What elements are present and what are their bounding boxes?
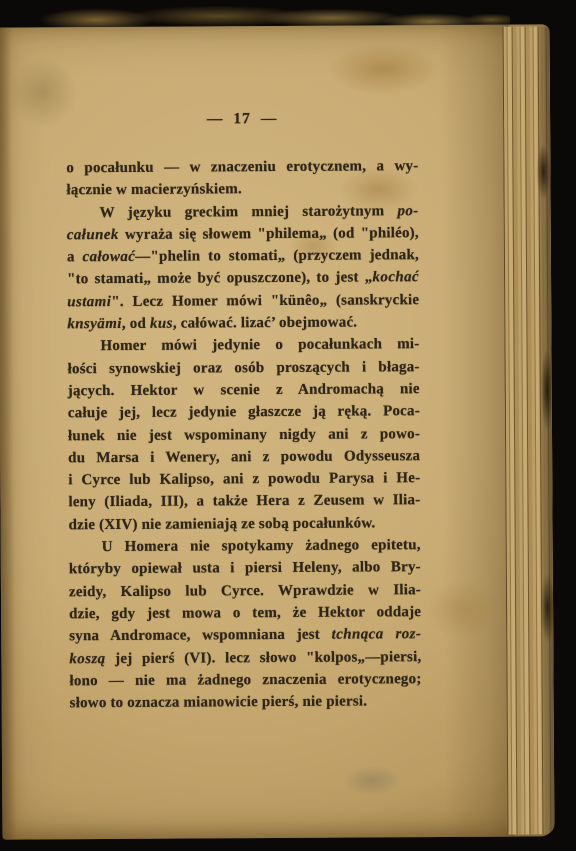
text-segment: słowo to oznacza mianowicie pierś, nie p… [70,694,368,712]
page-number-header: —17— [66,109,418,129]
text-segment: łości synowskiej oraz osób proszących i … [68,359,420,377]
text-segment: a [67,249,83,265]
text-line: "to stamati„ może być opuszczone), to je… [67,267,419,291]
text-segment: któryby opiewał usta i piersi Heleny, al… [69,559,421,577]
text-segment: łącznie w macierzyńskiem. [66,182,241,199]
text-line: łunek nie jest wspominany nigdy ani z po… [68,423,420,447]
text-line: ustami". Lecz Homer mówi "künêo„ (sanskr… [67,289,419,313]
italic-text: całunek [67,227,119,243]
italic-text: tchnąca roz- [332,626,422,643]
text-segment: i Cyrce lub Kalipso, ani z powodu Parysa… [68,470,420,488]
text-segment: leny (Iliada, III), a także Hera z Zeuse… [68,493,420,511]
text-segment: Homer mówi jedynie o pocałunkach mi- [100,336,419,354]
text-block: o pocałunku — w znaczeniu erotycznem, a … [66,155,421,715]
text-segment: zeidy, Kalipso lub Cyrce. Wprawdzie w Il… [69,582,421,600]
text-line: łości synowskiej oraz osób proszących i … [68,356,420,380]
text-line: dzie (XIV) nie zamieniają ze sobą pocału… [68,512,420,536]
text-line: syna Andromace, wspomniana jest tchnąca … [69,623,421,647]
text-line: łono — nie ma żadnego znaczenia erotyczn… [69,668,421,692]
text-segment: o pocałunku — w znaczeniu erotycznem, a … [66,158,418,176]
italic-text: ustami [67,294,111,310]
text-line: a całować—"phelin to stomati„ (przyczem … [67,244,419,268]
text-segment: dzie (XIV) nie zamieniają ze sobą pocału… [69,515,376,533]
text-line: U Homera nie spotykamy żadnego epitetu, [69,534,421,558]
text-line: całunek wyraża się słowem "philema„ (od … [67,222,419,246]
text-line: całuje jej, lecz jedynie głaszcze ją ręk… [68,400,420,424]
text-segment: "to stamati„ może być opuszczone), to je… [67,270,373,288]
page-number: 17 [233,110,251,127]
italic-text: koszą [69,651,105,667]
italic-text: kus [150,316,173,332]
text-segment: łunek nie jest wspominany nigdy ani z po… [68,426,420,444]
text-line: knsyämi, od kus, całówać. lizać’ obejmow… [67,311,419,335]
text-line: dzie, gdy jest mowa o tem, że Hektor odd… [69,601,421,625]
text-segment: ". Lecz Homer mówi "künêo„ (sanskryckie [111,292,419,310]
text-segment: U Homera nie spotykamy żadnego epitetu, [102,537,421,555]
text-segment: wyraża się słowem "philema„ (od "philéo)… [119,225,419,243]
text-segment: jej pierś (VI). lecz słowo "kolpos„—pier… [106,649,422,667]
text-line: du Marsa i Wenery, ani z powodu Odysseus… [68,445,420,469]
text-line: słowo to oznacza mianowicie pierś, nie p… [70,690,422,714]
italic-text: całować [82,249,135,265]
text-segment: , całówać. lizać’ obejmować. [173,315,358,332]
italic-text: kochać [372,270,419,286]
text-segment: jących. Hektor w scenie z Andromachą nie [68,381,420,399]
text-line: i Cyrce lub Kalipso, ani z powodu Parysa… [68,467,420,491]
text-line: łącznie w macierzyńskiem. [66,177,418,201]
text-line: koszą jej pierś (VI). lecz słowo "kolpos… [69,646,421,670]
text-line: zeidy, Kalipso lub Cyrce. Wprawdzie w Il… [69,579,421,603]
text-segment: du Marsa i Wenery, ani z powodu Odysseus… [68,448,420,466]
text-segment: całuje jej, lecz jedynie głaszcze ją ręk… [68,403,420,421]
stacked-page-fore-edges [503,26,555,834]
text-line: o pocałunku — w znaczeniu erotycznem, a … [66,155,418,179]
text-segment: —"phelin to stomati„ (przyczem jednak, [135,247,419,265]
header-left-dash: — [197,110,234,127]
text-line: leny (Iliada, III), a także Hera z Zeuse… [68,490,420,514]
text-line: któryby opiewał usta i piersi Heleny, al… [69,556,421,580]
text-segment: dzie, gdy jest mowa o tem, że Hektor odd… [69,604,421,622]
book-scan: { "colors": { "background": "#0b0907", "… [0,0,576,851]
book-page: —17— o pocałunku — w znaczeniu erotyczne… [0,24,554,839]
text-segment: W języku greckim mniej starożytnym [100,203,398,221]
text-segment: łono — nie ma żadnego znaczenia erotyczn… [69,671,421,689]
italic-text: po- [397,203,418,219]
text-line: jących. Hektor w scenie z Andromachą nie [68,378,420,402]
text-line: W języku greckim mniej starożytnym po- [67,200,419,224]
text-segment: syna Andromace, wspomniana jest [69,627,331,645]
text-segment: , od [122,316,150,332]
header-right-dash: — [251,110,288,127]
text-line: Homer mówi jedynie o pocałunkach mi- [67,333,419,357]
italic-text: knsyämi [67,316,122,332]
